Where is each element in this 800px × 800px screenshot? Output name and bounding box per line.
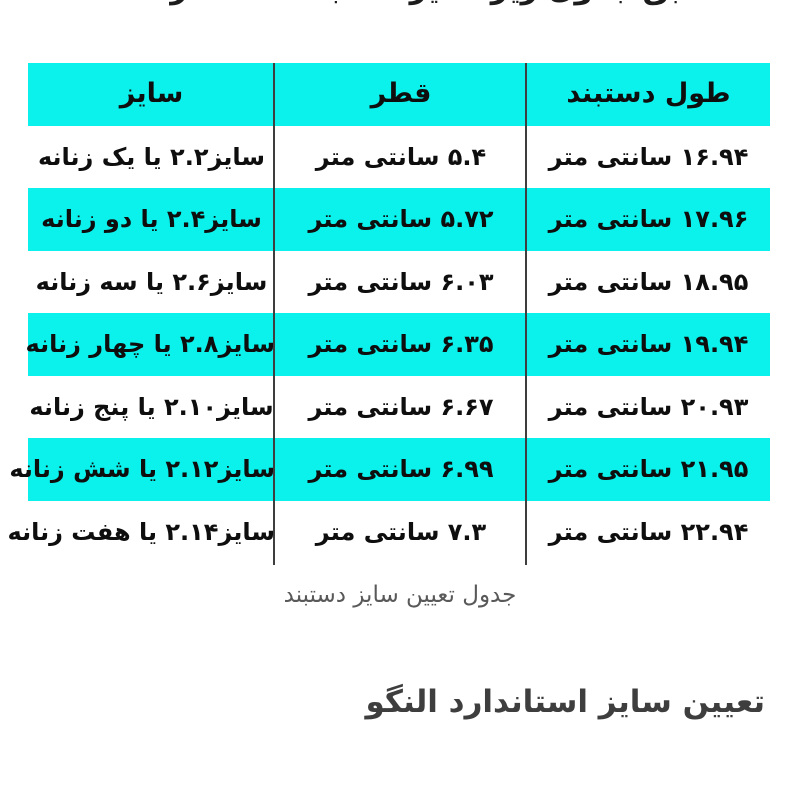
bracelet-size-table: طول دستبندقطرسایز ۱۶.۹۴ سانتی متر۵.۴ سان… [28,63,770,563]
cell-length: ۱۶.۹۴ سانتی متر [527,144,770,170]
cell-size: سایز۲.۸ یا چهار زنانه [28,331,275,357]
cell-length: ۱۷.۹۶ سانتی متر [527,206,770,232]
table-row: ۱۸.۹۵ سانتی متر۶.۰۳ سانتی مترسایز۲.۶ یا … [28,251,770,314]
table-body: ۱۶.۹۴ سانتی متر۵.۴ سانتی مترسایز۲.۲ یا ی… [28,126,770,564]
cell-diameter: ۵.۴ سانتی متر [275,144,527,170]
cell-length: ۲۱.۹۵ سانتی متر [527,456,770,482]
cell-length: ۲۰.۹۳ سانتی متر [527,394,770,420]
table-row: ۲۰.۹۳ سانتی متر۶.۶۷ سانتی مترسایز۲.۱۰ یا… [28,376,770,439]
cell-diameter: ۶.۹۹ سانتی متر [275,456,527,482]
cell-size: سایز۲.۲ یا یک زنانه [28,144,275,170]
column-divider-line [525,63,527,565]
cell-diameter: ۵.۷۲ سانتی متر [275,206,527,232]
cell-length: ۱۸.۹۵ سانتی متر [527,269,770,295]
column-header-diameter: قطر [275,79,527,109]
cell-length: ۱۹.۹۴ سانتی متر [527,331,770,357]
cell-diameter: ۶.۳۵ سانتی متر [275,331,527,357]
section-heading: تعیین سایز استاندارد النگو [366,684,766,720]
table-row: ۱۷.۹۶ سانتی متر۵.۷۲ سانتی مترسایز۲.۴ یا … [28,188,770,251]
table-row: ۱۹.۹۴ سانتی متر۶.۳۵ سانتی مترسایز۲.۸ یا … [28,313,770,376]
table-caption: جدول تعیین سایز دستبند [0,582,800,608]
cell-size: سایز۲.۱۰ یا پنج زنانه [28,394,275,420]
cell-diameter: ۶.۶۷ سانتی متر [275,394,527,420]
cell-length: ۲۲.۹۴ سانتی متر [527,519,770,545]
column-header-size: سایز [28,79,275,109]
table-row: ۲۲.۹۴ سانتی متر۷.۳ سانتی مترسایز۲.۱۴ یا … [28,501,770,564]
cell-size: سایز۲.۱۴ یا هفت زنانه [28,519,275,545]
top-clipped-text: طبق جدول زیر سایز دستبند استاندارد مشخص … [90,0,710,8]
column-header-length: طول دستبند [527,79,770,109]
table-header-row: طول دستبندقطرسایز [28,63,770,126]
column-divider-line [273,63,275,565]
table-row: ۲۱.۹۵ سانتی متر۶.۹۹ سانتی مترسایز۲.۱۲ یا… [28,438,770,501]
cell-size: سایز۲.۴ یا دو زنانه [28,206,275,232]
cell-diameter: ۷.۳ سانتی متر [275,519,527,545]
top-clipped-text-line: طبق جدول زیر سایز دستبند استاندارد مشخص … [90,0,710,10]
table-row: ۱۶.۹۴ سانتی متر۵.۴ سانتی مترسایز۲.۲ یا ی… [28,126,770,189]
cell-size: سایز۲.۶ یا سه زنانه [28,269,275,295]
cell-diameter: ۶.۰۳ سانتی متر [275,269,527,295]
cell-size: سایز۲.۱۲ یا شش زنانه [28,456,275,482]
